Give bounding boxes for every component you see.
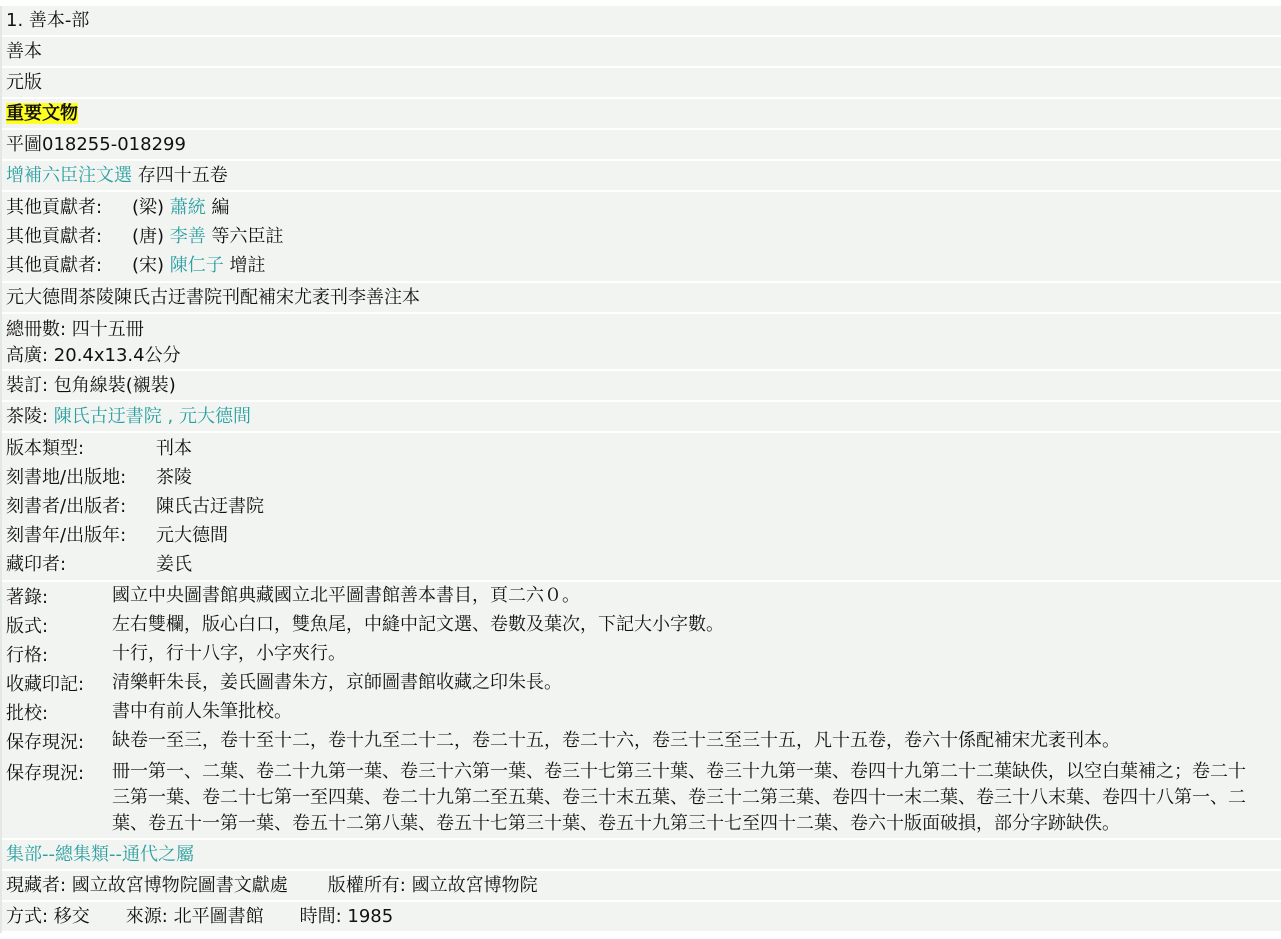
field-label: 刻書地/出版地:	[6, 463, 156, 492]
title-note: 存四十五卷	[132, 165, 228, 186]
record-detail: 1. 善本-部 善本 元版 重要文物 平圖018255-018299 增補六臣注…	[0, 6, 1281, 933]
publication-row: 版本類型: 刊本	[6, 434, 1277, 463]
contributor-name-link[interactable]: 蕭統	[170, 197, 206, 218]
copyright-value: 國立故宮博物院	[412, 875, 538, 896]
volumes: 總冊數: 四十五冊	[6, 315, 1277, 344]
publication-row: 藏印者: 姜氏	[6, 550, 1277, 579]
physical-group: 總冊數: 四十五冊 高廣: 20.4x13.4公分	[2, 314, 1281, 371]
contributor-label: 其他貢獻者:	[6, 222, 132, 251]
field-value: 元大德間	[156, 521, 228, 550]
edition: 元版	[6, 72, 42, 93]
note-row: 批校: 書中有前人朱筆批校。	[6, 699, 1277, 728]
note-value: 冊一第一、二葉、卷二十九第一葉、卷三十六第一葉、卷三十七第三十葉、卷三十九第一葉…	[112, 759, 1262, 837]
contributor-row: 其他貢獻者:(宋) 陳仁子 增註	[6, 251, 1277, 280]
copyright-label: 版權所有:	[328, 875, 412, 896]
publication-row: 刻書年/出版年: 元大德間	[6, 521, 1277, 550]
contributor-label: 其他貢獻者:	[6, 193, 132, 222]
source-value: 北平圖書館	[174, 906, 264, 927]
call-number-row: 平圖018255-018299	[2, 130, 1281, 161]
contributor-name-link[interactable]: 李善	[170, 226, 206, 247]
contributor-label: 其他貢獻者:	[6, 251, 132, 280]
publisher-link[interactable]: 陳氏古迂書院	[54, 406, 162, 427]
index-title: 1. 善本-部	[6, 10, 89, 31]
publication-row: 刻書地/出版地: 茶陵	[6, 463, 1277, 492]
publisher-separator: ,	[162, 406, 179, 427]
contributor-name-link[interactable]: 陳仁子	[170, 255, 224, 276]
contributor-row: 其他貢獻者:(梁) 蕭統 編	[6, 193, 1277, 222]
dimensions: 高廣: 20.4x13.4公分	[6, 344, 1277, 368]
time-label: 時間:	[300, 906, 348, 927]
publication-group: 版本類型: 刊本 刻書地/出版地: 茶陵 刻書者/出版者: 陳氏古迂書院 刻書年…	[2, 433, 1281, 582]
note-value: 十行，行十八字，小字夾行。	[112, 641, 1262, 670]
field-value: 姜氏	[156, 550, 192, 579]
contributor-role: 編	[212, 197, 230, 218]
field-value: 刊本	[156, 434, 192, 463]
note-row: 保存現況: 缺卷一至三，卷十至十二，卷十九至二十二，卷二十五，卷二十六，卷三十三…	[6, 728, 1277, 757]
publisher-row: 茶陵: 陳氏古迂書院 , 元大德間	[2, 402, 1281, 433]
publication-date-link[interactable]: 元大德間	[179, 406, 251, 427]
holder-value: 國立故宮博物院圖書文獻處	[72, 875, 288, 896]
field-label: 藏印者:	[6, 550, 156, 579]
title-row: 增補六臣注文選 存四十五卷	[2, 161, 1281, 192]
contributor-dynasty: (梁)	[132, 197, 164, 218]
note-row: 行格: 十行，行十八字，小字夾行。	[6, 641, 1277, 670]
contributor-dynasty: (唐)	[132, 226, 164, 247]
edition-statement-row: 元大德間茶陵陳氏古迂書院刊配補宋尤袤刊李善注本	[2, 283, 1281, 314]
binding-row: 裝訂: 包角線裝(襯裝)	[2, 371, 1281, 402]
publisher-place: 茶陵:	[6, 406, 54, 427]
field-label: 刻書者/出版者:	[6, 492, 156, 521]
note-value: 缺卷一至三，卷十至十二，卷十九至二十二，卷二十五，卷二十六，卷三十三至三十五，凡…	[112, 728, 1262, 757]
note-label: 著錄:	[6, 583, 112, 612]
method-label: 方式:	[6, 906, 54, 927]
note-label: 收藏印記:	[6, 670, 112, 699]
note-row: 收藏印記: 清樂軒朱長，姜氏圖書朱方，京師圖書館收藏之印朱長。	[6, 670, 1277, 699]
source-label: 來源:	[126, 906, 174, 927]
note-row: 版式: 左右雙欄，版心白口，雙魚尾，中縫中記文選、卷數及葉次，下記大小字數。	[6, 612, 1277, 641]
note-label: 保存現況:	[6, 759, 112, 837]
field-value: 茶陵	[156, 463, 192, 492]
contributor-role: 等六臣註	[212, 226, 284, 247]
publication-row: 刻書者/出版者: 陳氏古迂書院	[6, 492, 1277, 521]
note-label: 版式:	[6, 612, 112, 641]
classification-row: 集部--總集類--通代之屬	[2, 840, 1281, 871]
field-value: 陳氏古迂書院	[156, 492, 264, 521]
call-number: 平圖018255-018299	[6, 134, 186, 155]
note-label: 批校:	[6, 699, 112, 728]
title-link[interactable]: 增補六臣注文選	[6, 165, 132, 186]
contributor-row: 其他貢獻者:(唐) 李善 等六臣註	[6, 222, 1277, 251]
note-label: 保存現況:	[6, 728, 112, 757]
holder-row: 現藏者: 國立故宮博物院圖書文獻處版權所有: 國立故宮博物院	[2, 871, 1281, 902]
category-row: 善本	[2, 37, 1281, 68]
classification-link[interactable]: 集部--總集類--通代之屬	[6, 844, 194, 865]
edition-row: 元版	[2, 68, 1281, 99]
method-value: 移交	[54, 906, 90, 927]
binding: 裝訂: 包角線裝(襯裝)	[6, 375, 176, 396]
note-value: 左右雙欄，版心白口，雙魚尾，中縫中記文選、卷數及葉次，下記大小字數。	[112, 612, 1262, 641]
contributor-role: 增註	[230, 255, 266, 276]
category: 善本	[6, 41, 42, 62]
notes-group: 著錄: 國立中央圖書館典藏國立北平圖書館善本書目，頁二六０。 版式: 左右雙欄，…	[2, 582, 1281, 840]
note-row: 保存現況: 冊一第一、二葉、卷二十九第一葉、卷三十六第一葉、卷三十七第三十葉、卷…	[6, 759, 1277, 837]
note-value: 國立中央圖書館典藏國立北平圖書館善本書目，頁二六０。	[112, 583, 1262, 612]
acquisition-row: 方式: 移交來源: 北平圖書館時間: 1985	[2, 902, 1281, 933]
note-label: 行格:	[6, 641, 112, 670]
contributor-dynasty: (宋)	[132, 255, 164, 276]
field-label: 版本類型:	[6, 434, 156, 463]
holder-label: 現藏者:	[6, 875, 72, 896]
field-label: 刻書年/出版年:	[6, 521, 156, 550]
important-artifact-badge: 重要文物	[6, 103, 78, 124]
time-value: 1985	[347, 906, 393, 927]
contributors-group: 其他貢獻者:(梁) 蕭統 編 其他貢獻者:(唐) 李善 等六臣註 其他貢獻者:(…	[2, 192, 1281, 283]
badge-row: 重要文物	[2, 99, 1281, 130]
note-value: 書中有前人朱筆批校。	[112, 699, 1262, 728]
note-row: 著錄: 國立中央圖書館典藏國立北平圖書館善本書目，頁二六０。	[6, 583, 1277, 612]
index-title-row: 1. 善本-部	[2, 6, 1281, 37]
note-value: 清樂軒朱長，姜氏圖書朱方，京師圖書館收藏之印朱長。	[112, 670, 1262, 699]
edition-statement: 元大德間茶陵陳氏古迂書院刊配補宋尤袤刊李善注本	[6, 287, 420, 308]
